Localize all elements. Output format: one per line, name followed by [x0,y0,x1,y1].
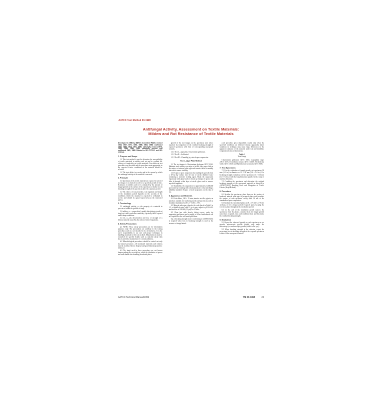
body-paragraph: 2.1 Specimens of the textile material ar… [118,180,162,190]
body-paragraph: 4.2 Microbiological procedures should be… [118,241,162,249]
footer-page-number: 23 [261,296,264,299]
body-paragraph: Chaetomium globosum ATCC 6205, Aspergill… [220,159,264,165]
section-heading: 7. Test Specimens [220,167,264,169]
body-paragraph: 6.3 Glass jars with loosely fitting cove… [169,211,213,217]
document-scan-page: AATCC Test Method 30-1998 Antifungal Act… [0,0,368,420]
body-paragraph: 5.2 Prepare a spore suspension by washin… [169,172,213,184]
body-paragraph: 8.3 At the end of the incubation period … [220,209,264,217]
body-columns: Developed in 1946 by AATCC Committee RA3… [118,142,264,292]
body-paragraph: 3.1 antifungal activity, n.—the property… [118,205,162,209]
standard-method-page: AATCC Test Method 30-1998 Antifungal Act… [118,117,264,302]
body-paragraph: 8.2 Incubate the inoculated plates at 28… [220,202,264,208]
section-heading: 1. Purpose and Scope [118,155,162,157]
footer-method-label: TM 30-1998 [243,296,255,299]
body-paragraph: 8.1 Sterilize the specimens, place them … [220,193,264,201]
centered-note-line: Test I—Agar Plate Method [169,160,213,162]
body-paragraph: 1.2 The tests differ in severity and in … [118,171,162,175]
page-footer: AATCC Technical Manual/1999 TM 30-1998 2… [118,296,264,299]
centered-note-line: Test Fungi [220,156,264,158]
footer-manual-label: AATCC Technical Manual/1999 [118,296,149,299]
section-heading: 9. Evaluation [220,219,264,221]
section-heading: 8. Procedure [220,190,264,192]
body-column-right: each procedure gives dependable results … [220,142,264,292]
section-heading: 4. Safety Precautions [118,223,162,225]
page-title-line-2: Mildew and Rot Resistance of Textile Mat… [118,132,264,137]
centered-note: Table ITest Fungi [220,154,264,158]
body-paragraph: 6.4 A breaking strength tester conformin… [169,218,213,224]
section-heading: 3. Terminology [118,203,162,205]
body-paragraph: 6.1 Petri dishes, 100 × 15 mm; transfer … [169,198,213,204]
centered-note: Test I—Agar Plate Method [169,160,213,162]
body-column-middle: growth of the test fungus on the specime… [169,142,213,292]
body-paragraph: 3.2 mildew, n.—a superficial, usually di… [118,210,162,216]
history-note: Developed in 1946 by AATCC Committee RA3… [118,142,162,154]
body-paragraph: 1.2.3 Test III—Humidity jar, mixed spore… [169,156,213,158]
page-title: Antifungal Activity, Assessment on Texti… [118,127,264,136]
section-heading: 6. Apparatus and Materials [169,195,213,197]
body-paragraph: growth of the test fungus on the specime… [169,142,213,150]
body-paragraph: 2.2 The choice of test procedure, test o… [118,191,162,201]
body-paragraph: 1.2.1 Test I—Agar plate, Chaetomium glob… [169,151,213,153]
body-paragraph: 4.1 NOTE: These safety precautions are f… [118,226,162,240]
section-heading: 2. Principle [118,177,162,179]
footer-right-group: TM 30-1998 23 [243,296,264,299]
body-paragraph: each procedure gives dependable results … [220,142,264,152]
body-paragraph: 7.2 Condition the specimens and determin… [220,180,264,188]
body-paragraph: 9.2 When breaking strength is the criter… [220,228,264,234]
body-column-left: Developed in 1946 by AATCC Committee RA3… [118,142,162,292]
body-paragraph: 1.2.2 Test II—Soil burial. [169,154,213,156]
method-number-label: AATCC Test Method 30-1998 [119,119,265,122]
body-paragraph: 5.3 Standardize the suspension to approx… [169,185,213,193]
body-paragraph: 6.2 Mineral salts agar: dissolve the sal… [169,204,213,210]
body-paragraph: 1.1 This test method is used to determin… [118,158,162,170]
body-paragraph: 5.1 The test fungus is Chaetomium globos… [169,163,213,171]
body-paragraph: 9.1 Report the observed growth on each s… [220,222,264,228]
body-paragraph: 4.3 The fungi used in these procedures a… [118,249,162,255]
body-paragraph: 3.3 rot, n.—the deterioration and loss o… [118,217,162,221]
body-paragraph: 7.1 For the evaluation of fungal growth,… [220,170,264,180]
